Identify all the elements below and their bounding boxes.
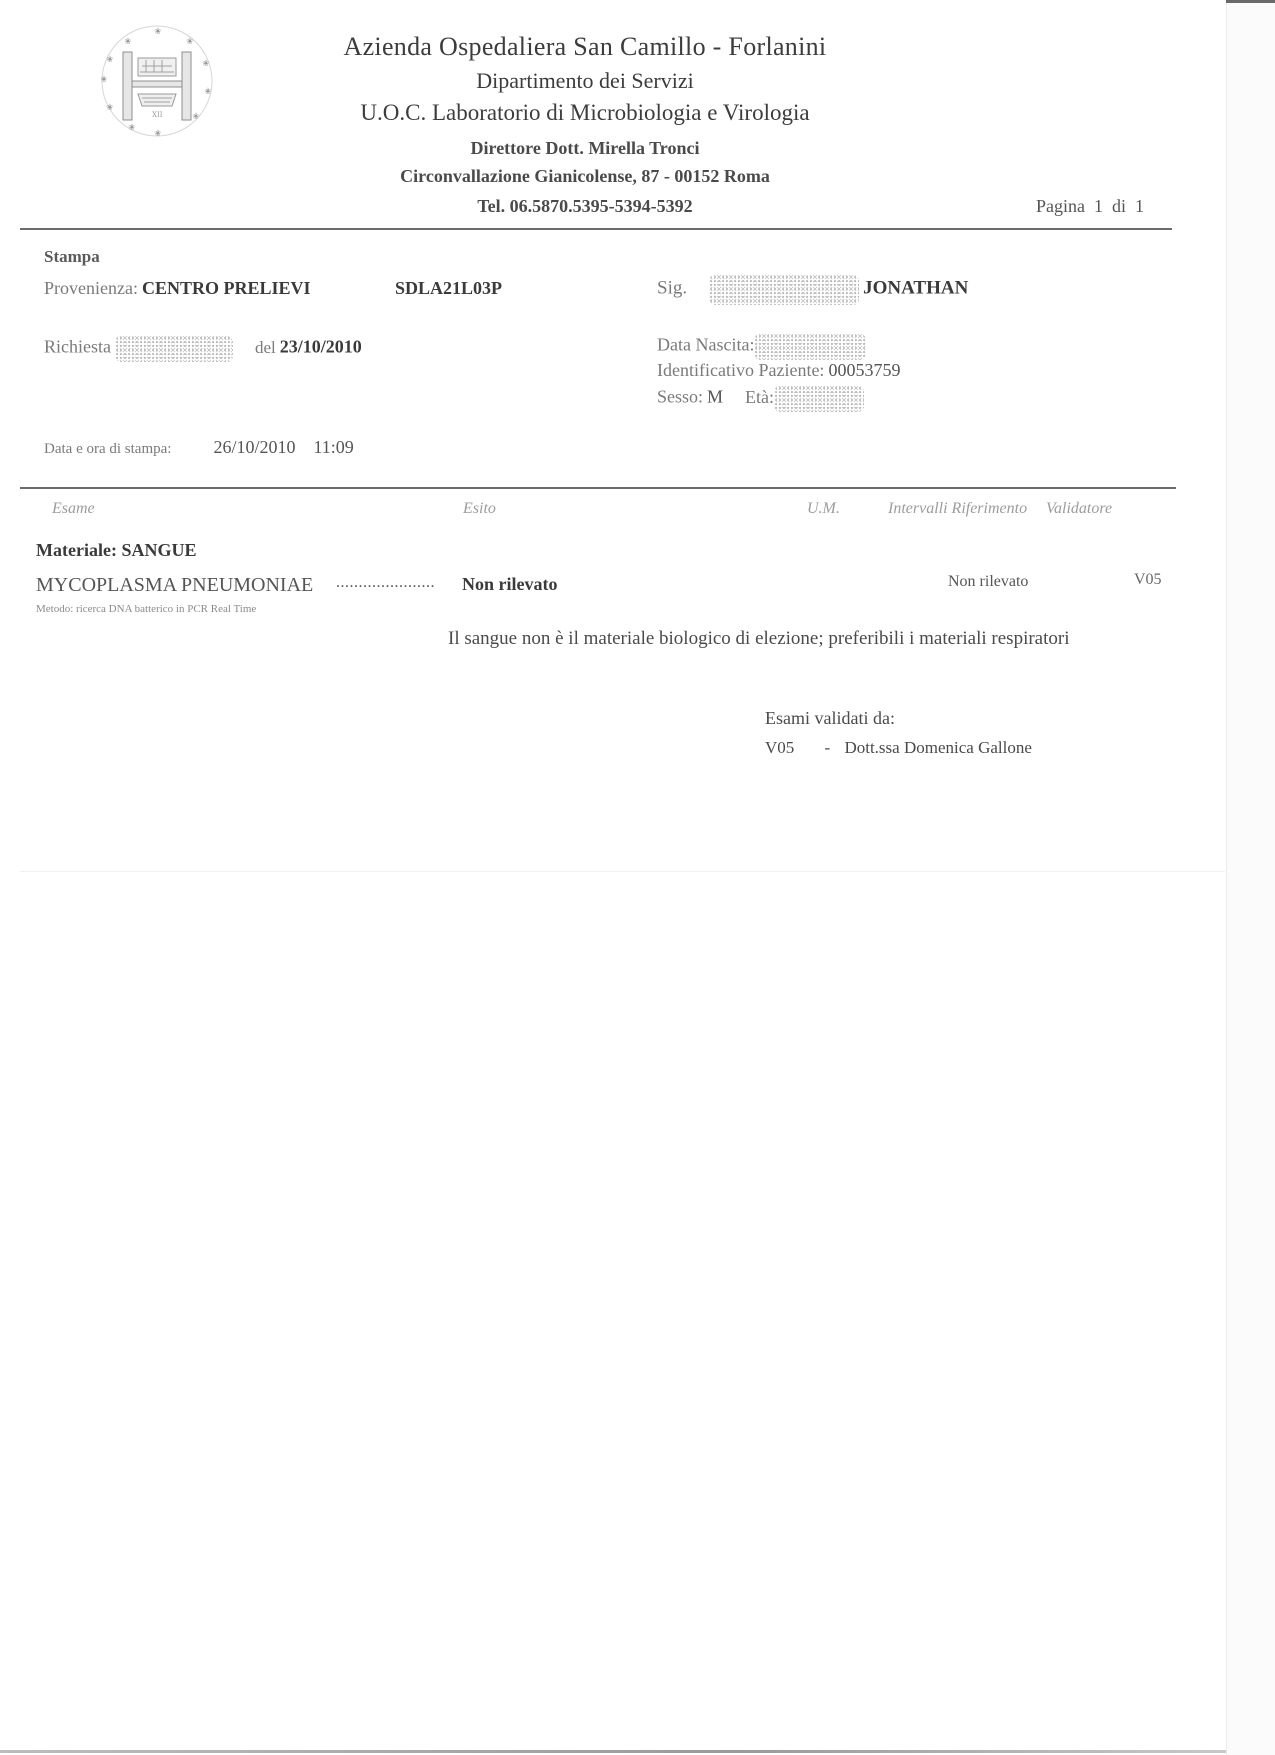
- provenienza-row: Provenienza: CENTRO PRELIEVI: [44, 278, 311, 299]
- print-date: 26/10/2010: [213, 437, 295, 457]
- request-code: SDLA21L03P: [395, 278, 502, 299]
- request-date: 23/10/2010: [280, 337, 362, 357]
- reference-range: Non rilevato: [948, 573, 1028, 591]
- birth-row: Data Nascita:: [657, 334, 866, 360]
- redacted-birth-date: [754, 334, 866, 360]
- patient-id-row: Identificativo Paziente: 00053759: [657, 360, 900, 381]
- scan-bottom-edge: [0, 1750, 1226, 1753]
- director: Direttore Dott. Mirella Tronci: [0, 138, 1170, 159]
- address: Circonvallazione Gianicolense, 87 - 0015…: [0, 166, 1170, 187]
- sex-value: M: [707, 387, 723, 407]
- unit-name: U.O.C. Laboratorio di Microbiologia e Vi…: [0, 100, 1170, 126]
- column-header-esito: Esito: [463, 500, 496, 518]
- sex-label: Sesso:: [657, 387, 703, 407]
- patient-name-row: Sig. JONATHAN: [657, 275, 968, 305]
- column-header-esame: Esame: [52, 500, 95, 518]
- exam-result: Non rilevato: [462, 574, 557, 595]
- patient-id-value: 00053759: [828, 360, 900, 380]
- birth-label: Data Nascita:: [657, 335, 754, 355]
- richiesta-label: Richiesta: [44, 337, 111, 357]
- print-row: Data e ora di stampa: 26/10/2010 11:09: [44, 437, 354, 458]
- sex-age-row: Sesso: M Età:: [657, 386, 864, 412]
- provenienza-value: CENTRO PRELIEVI: [142, 278, 311, 298]
- redacted-age: [774, 386, 864, 412]
- department-name: Dipartimento dei Servizi: [0, 68, 1170, 94]
- column-header-validatore: Validatore: [1046, 500, 1178, 518]
- table-divider: [20, 487, 1176, 489]
- print-time: 11:09: [313, 437, 353, 457]
- column-header-um: U.M.: [807, 500, 840, 518]
- organization-name: Azienda Ospedaliera San Camillo - Forlan…: [0, 32, 1170, 62]
- validator-code: V05: [1134, 571, 1162, 589]
- page-indicator: Pagina 1 di 1: [1036, 196, 1144, 217]
- richiesta-row: Richiesta del 23/10/2010: [44, 336, 362, 362]
- redacted-request-number: [115, 336, 233, 362]
- redacted-surname: [709, 275, 859, 305]
- column-header-intervalli: Intervalli Riferimento: [888, 500, 1027, 518]
- title-label: Sig.: [657, 278, 687, 299]
- scan-right-margin: [1226, 0, 1275, 1755]
- exam-method: Metodo: ricerca DNA batterico in PCR Rea…: [36, 603, 256, 615]
- section-title: Stampa: [44, 247, 100, 267]
- exam-name: MYCOPLASMA PNEUMONIAE: [36, 574, 313, 597]
- validation-title: Esami validati da:: [765, 708, 895, 729]
- header-divider: [20, 228, 1172, 230]
- material-label: Materiale: SANGUE: [36, 540, 196, 561]
- patient-first-name: JONATHAN: [863, 278, 968, 299]
- exam-note: Il sangue non è il materiale biologico d…: [448, 628, 1070, 650]
- dot-leader: ......................: [336, 574, 435, 592]
- validator-row: V05 - Dott.ssa Domenica Gallone: [765, 738, 1032, 758]
- patient-id-label: Identificativo Paziente:: [657, 360, 824, 380]
- print-label: Data e ora di stampa:: [44, 441, 171, 457]
- phone: Tel. 06.5870.5395-5394-5392: [0, 196, 1170, 217]
- provenienza-label: Provenienza:: [44, 278, 138, 298]
- age-label: Età:: [745, 387, 774, 407]
- validator-code-footer: V05: [765, 738, 794, 757]
- scan-edge-shadow: [1226, 0, 1275, 3]
- validator-name: Dott.ssa Domenica Gallone: [844, 738, 1031, 757]
- scan-artifact-line: [20, 871, 1225, 872]
- validator-separator: -: [825, 738, 831, 757]
- del-label: del: [255, 338, 276, 357]
